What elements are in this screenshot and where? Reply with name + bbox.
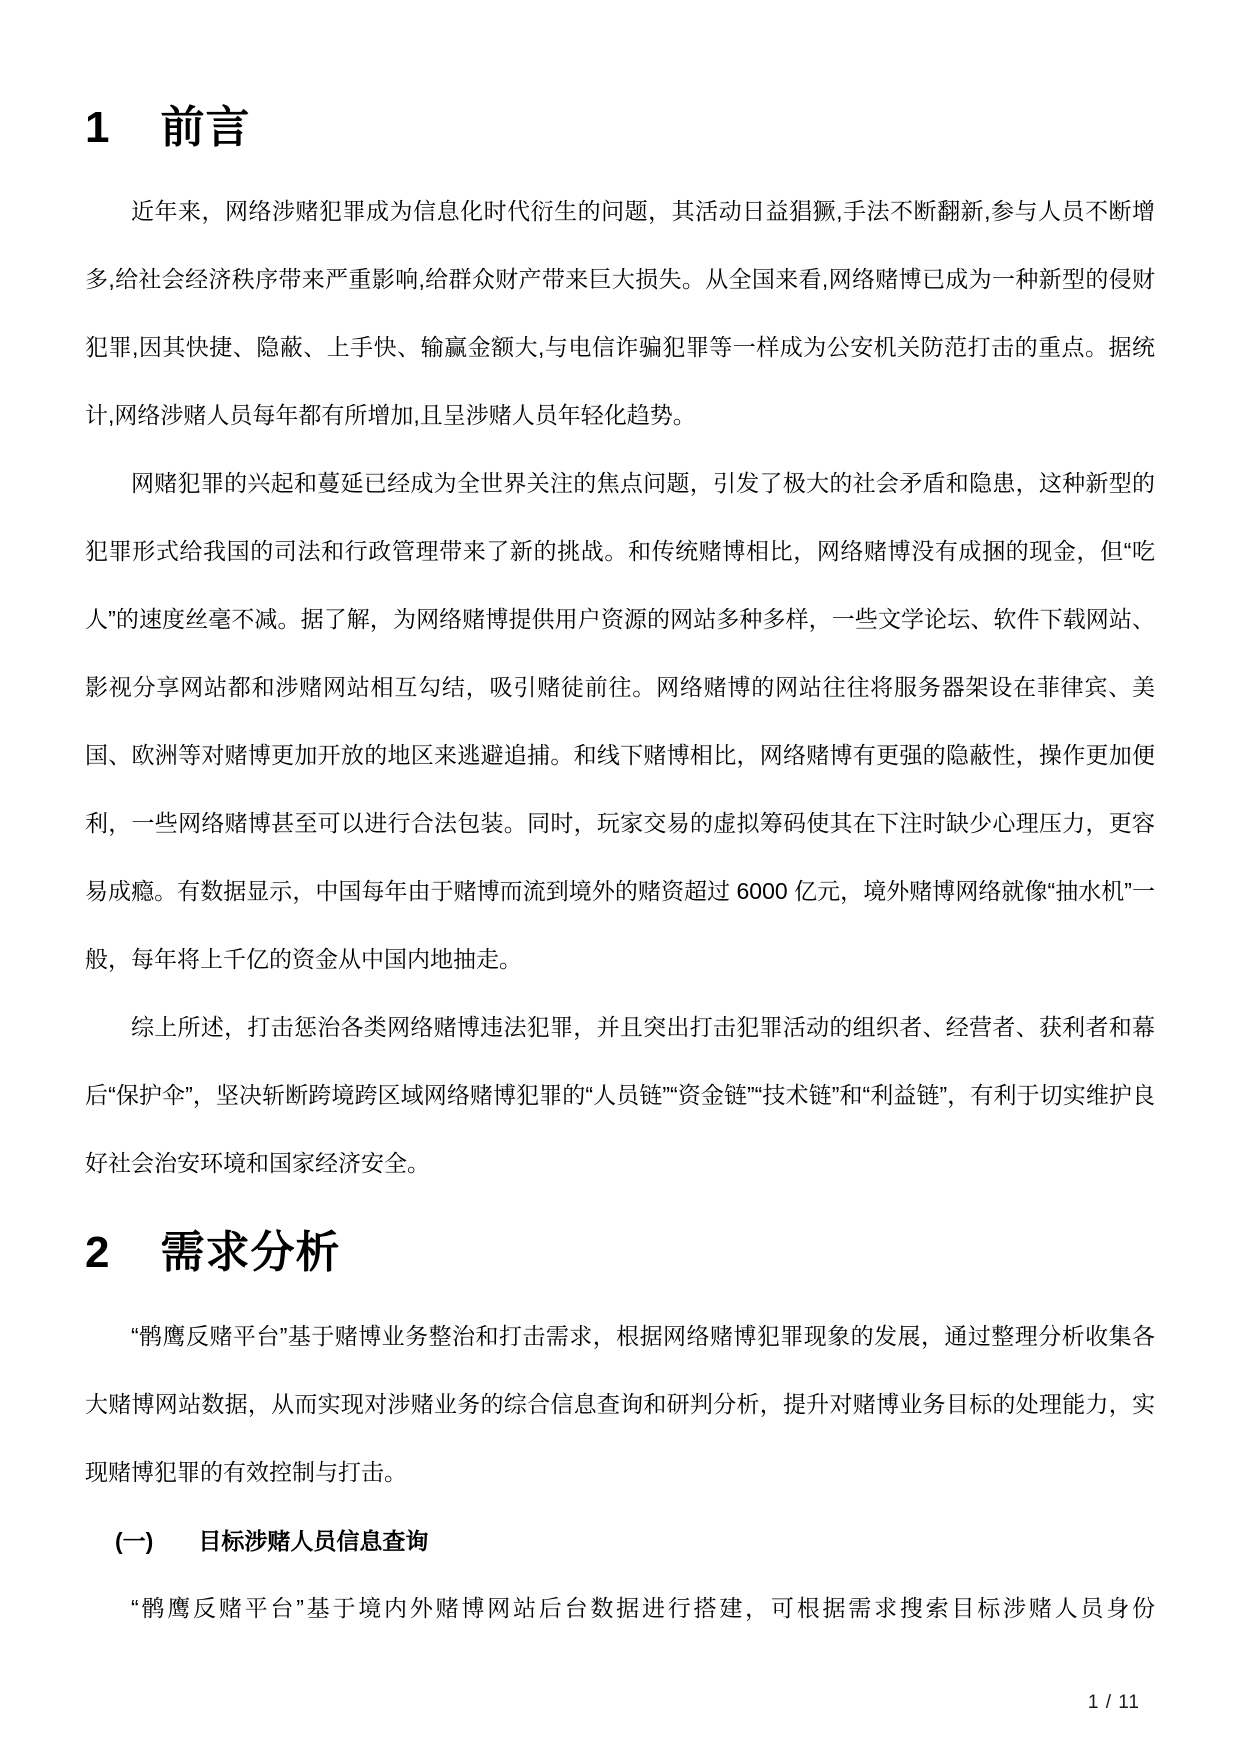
subsection-1-heading: (一) 目标涉赌人员信息查询 xyxy=(115,1523,1155,1559)
document-page: 1 前言 近年来，网络涉赌犯罪成为信息化时代衍生的问题，其活动日益猖獗,手法不断… xyxy=(0,0,1240,1754)
subsection-1-title: 目标涉赌人员信息查询 xyxy=(198,1523,428,1559)
document-content: 1 前言 近年来，网络涉赌犯罪成为信息化时代衍生的问题，其活动日益猖獗,手法不断… xyxy=(0,0,1240,1642)
section-2-title: 需求分析 xyxy=(160,1225,340,1280)
section-2-paragraph-1: “鹘鹰反赌平台”基于赌博业务整治和打击需求，根据网络赌博犯罪现象的发展，通过整理… xyxy=(85,1302,1155,1506)
section-1-title: 前言 xyxy=(160,100,250,155)
page-number: 1 / 11 xyxy=(1088,1692,1140,1714)
subsection-1-number: (一) xyxy=(115,1523,153,1559)
section-1-paragraph-2: 网赌犯罪的兴起和蔓延已经成为全世界关注的焦点问题，引发了极大的社会矛盾和隐患，这… xyxy=(85,449,1155,993)
section-1-paragraph-3: 综上所述，打击惩治各类网络赌博违法犯罪，并且突出打击犯罪活动的组织者、经营者、获… xyxy=(85,993,1155,1197)
section-1-heading: 1 前言 xyxy=(85,100,1155,155)
section-1-paragraph-1: 近年来，网络涉赌犯罪成为信息化时代衍生的问题，其活动日益猖獗,手法不断翻新,参与… xyxy=(85,177,1155,449)
page-number-text: 1 / 11 xyxy=(1088,1692,1140,1713)
section-2-heading: 2 需求分析 xyxy=(85,1225,1155,1280)
subsection-1-paragraph-1: “鹘鹰反赌平台”基于境内外赌博网站后台数据进行搭建，可根据需求搜索目标涉赌人员身… xyxy=(85,1574,1155,1642)
section-2-number: 2 xyxy=(85,1225,110,1280)
section-1-number: 1 xyxy=(85,100,110,155)
